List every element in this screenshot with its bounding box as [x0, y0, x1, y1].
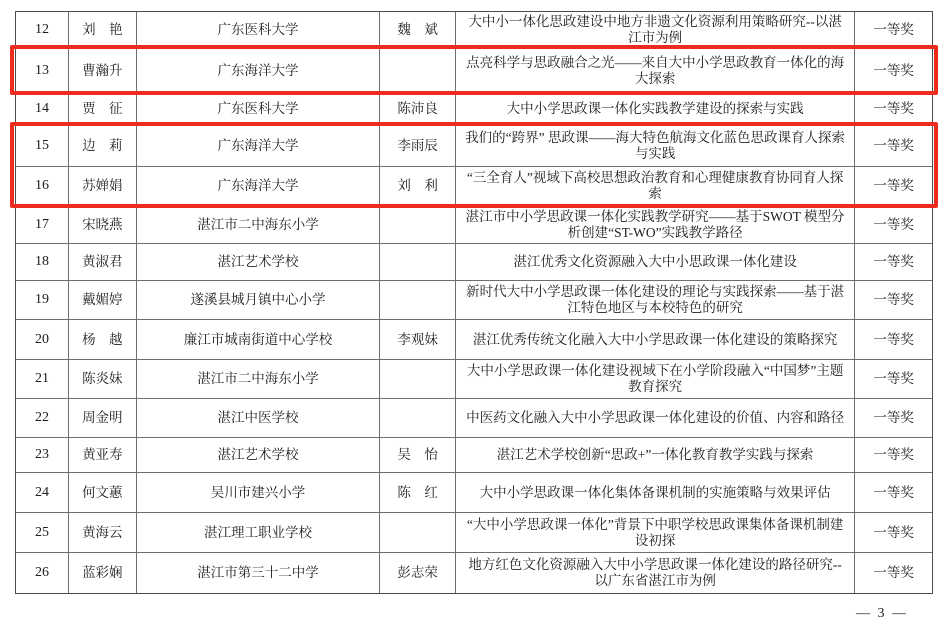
coauthor-cell: 彭志荣 [380, 553, 456, 593]
institution-cell: 吴川市建兴小学 [137, 473, 380, 512]
row-number-cell: 12 [16, 12, 69, 48]
project-title-cell: “三全育人”视域下高校思想政治教育和心理健康教育协同育人探索 [456, 167, 855, 205]
award-level-cell: 一等奖 [855, 206, 932, 243]
author-name-cell: 黄海云 [69, 513, 137, 552]
coauthor-cell [380, 513, 456, 552]
award-level-cell: 一等奖 [855, 320, 932, 359]
award-level-cell: 一等奖 [855, 93, 932, 125]
institution-cell: 湛江市二中海东小学 [137, 206, 380, 243]
table-row: 20 杨 越 廉江市城南街道中心学校 李观妹 湛江优秀传统文化融入大中小学思政课… [16, 320, 932, 360]
row-number-cell: 21 [16, 360, 69, 398]
table-row: 21 陈炎妹 湛江市二中海东小学 大中小学思政课一体化建设视域下在小学阶段融入“… [16, 360, 932, 399]
row-number-cell: 18 [16, 244, 69, 280]
project-title-cell: 湛江艺术学校创新“思政+”一体化教育教学实践与探索 [456, 438, 855, 472]
coauthor-cell [380, 399, 456, 437]
institution-cell: 湛江理工职业学校 [137, 513, 380, 552]
author-name-cell: 宋晓燕 [69, 206, 137, 243]
author-name-cell: 苏婵娟 [69, 167, 137, 205]
institution-cell: 廉江市城南街道中心学校 [137, 320, 380, 359]
coauthor-cell: 陈 红 [380, 473, 456, 512]
project-title-cell: 湛江优秀传统文化融入大中小学思政课一体化建设的策略探究 [456, 320, 855, 359]
project-title-cell: 大中小学思政课一体化集体备课机制的实施策略与效果评估 [456, 473, 855, 512]
table-row: 16 苏婵娟 广东海洋大学 刘 利 “三全育人”视域下高校思想政治教育和心理健康… [16, 167, 932, 206]
author-name-cell: 周金明 [69, 399, 137, 437]
project-title-cell: “大中小学思政课一体化”背景下中职学校思政课集体备课机制建设初探 [456, 513, 855, 552]
coauthor-cell: 李雨辰 [380, 126, 456, 166]
table-row: 17 宋晓燕 湛江市二中海东小学 湛江市中小学思政课一体化实践教学研究——基于S… [16, 206, 932, 244]
coauthor-cell: 魏 斌 [380, 12, 456, 48]
table-row: 14 贾 征 广东医科大学 陈沛良 大中小学思政课一体化实践教学建设的探索与实践… [16, 93, 932, 126]
institution-cell: 广东海洋大学 [137, 126, 380, 166]
institution-cell: 广东医科大学 [137, 93, 380, 125]
award-level-cell: 一等奖 [855, 360, 932, 398]
author-name-cell: 何文蕙 [69, 473, 137, 512]
institution-cell: 广东海洋大学 [137, 49, 380, 92]
award-level-cell: 一等奖 [855, 513, 932, 552]
award-level-cell: 一等奖 [855, 553, 932, 593]
coauthor-cell [380, 360, 456, 398]
coauthor-cell [380, 281, 456, 319]
author-name-cell: 贾 征 [69, 93, 137, 125]
row-number-cell: 13 [16, 49, 69, 92]
row-number-cell: 24 [16, 473, 69, 512]
table-row: 18 黄淑君 湛江艺术学校 湛江优秀文化资源融入大中小思政课一体化建设 一等奖 [16, 244, 932, 281]
award-level-cell: 一等奖 [855, 438, 932, 472]
author-name-cell: 蓝彩娴 [69, 553, 137, 593]
table-row: 26 蓝彩娴 湛江市第三十二中学 彭志荣 地方红色文化资源融入大中小学思政课一体… [16, 553, 932, 593]
award-level-cell: 一等奖 [855, 126, 932, 166]
project-title-cell: 新时代大中小学思政课一体化建设的理论与实践探索——基于湛江特色地区与本校特色的研… [456, 281, 855, 319]
institution-cell: 湛江中医学校 [137, 399, 380, 437]
table-row: 25 黄海云 湛江理工职业学校 “大中小学思政课一体化”背景下中职学校思政课集体… [16, 513, 932, 553]
project-title-cell: 地方红色文化资源融入大中小学思政课一体化建设的路径研究--以广东省湛江市为例 [456, 553, 855, 593]
award-level-cell: 一等奖 [855, 473, 932, 512]
award-level-cell: 一等奖 [855, 281, 932, 319]
row-number-cell: 15 [16, 126, 69, 166]
row-number-cell: 16 [16, 167, 69, 205]
row-number-cell: 17 [16, 206, 69, 243]
project-title-cell: 大中小一体化思政建设中地方非遗文化资源利用策略研究--以湛江市为例 [456, 12, 855, 48]
institution-cell: 湛江艺术学校 [137, 244, 380, 280]
table-row: 12 刘 艳 广东医科大学 魏 斌 大中小一体化思政建设中地方非遗文化资源利用策… [16, 12, 932, 49]
author-name-cell: 黄亚寿 [69, 438, 137, 472]
project-title-cell: 大中小学思政课一体化建设视域下在小学阶段融入“中国梦”主题教育探究 [456, 360, 855, 398]
author-name-cell: 戴媚婷 [69, 281, 137, 319]
row-number-cell: 14 [16, 93, 69, 125]
institution-cell: 广东医科大学 [137, 12, 380, 48]
project-title-cell: 大中小学思政课一体化实践教学建设的探索与实践 [456, 93, 855, 125]
coauthor-cell [380, 244, 456, 280]
project-title-cell: 我们的“跨界” 思政课——海大特色航海文化蓝色思政课育人探索与实践 [456, 126, 855, 166]
table-row: 13 曹瀚升 广东海洋大学 点亮科学与思政融合之光——来自大中小学思政教育一体化… [16, 49, 932, 93]
table-row: 15 边 莉 广东海洋大学 李雨辰 我们的“跨界” 思政课——海大特色航海文化蓝… [16, 126, 932, 167]
award-level-cell: 一等奖 [855, 12, 932, 48]
award-level-cell: 一等奖 [855, 244, 932, 280]
author-name-cell: 边 莉 [69, 126, 137, 166]
author-name-cell: 杨 越 [69, 320, 137, 359]
table-row: 22 周金明 湛江中医学校 中医药文化融入大中小学思政课一体化建设的价值、内容和… [16, 399, 932, 438]
row-number-cell: 19 [16, 281, 69, 319]
coauthor-cell: 吴 怡 [380, 438, 456, 472]
project-title-cell: 湛江市中小学思政课一体化实践教学研究——基于SWOT 模型分析创建“ST-WO”… [456, 206, 855, 243]
institution-cell: 广东海洋大学 [137, 167, 380, 205]
award-level-cell: 一等奖 [855, 399, 932, 437]
author-name-cell: 陈炎妹 [69, 360, 137, 398]
institution-cell: 遂溪县城月镇中心小学 [137, 281, 380, 319]
institution-cell: 湛江艺术学校 [137, 438, 380, 472]
table-row: 19 戴媚婷 遂溪县城月镇中心小学 新时代大中小学思政课一体化建设的理论与实践探… [16, 281, 932, 320]
coauthor-cell: 陈沛良 [380, 93, 456, 125]
author-name-cell: 黄淑君 [69, 244, 137, 280]
award-level-cell: 一等奖 [855, 49, 932, 92]
coauthor-cell [380, 206, 456, 243]
project-title-cell: 中医药文化融入大中小学思政课一体化建设的价值、内容和路径 [456, 399, 855, 437]
table-row: 24 何文蕙 吴川市建兴小学 陈 红 大中小学思政课一体化集体备课机制的实施策略… [16, 473, 932, 513]
award-level-cell: 一等奖 [855, 167, 932, 205]
table-row: 23 黄亚寿 湛江艺术学校 吴 怡 湛江艺术学校创新“思政+”一体化教育教学实践… [16, 438, 932, 473]
row-number-cell: 22 [16, 399, 69, 437]
row-number-cell: 23 [16, 438, 69, 472]
author-name-cell: 曹瀚升 [69, 49, 137, 92]
award-table: 12 刘 艳 广东医科大学 魏 斌 大中小一体化思政建设中地方非遗文化资源利用策… [15, 11, 933, 594]
coauthor-cell: 李观妹 [380, 320, 456, 359]
row-number-cell: 25 [16, 513, 69, 552]
coauthor-cell: 刘 利 [380, 167, 456, 205]
project-title-cell: 湛江优秀文化资源融入大中小思政课一体化建设 [456, 244, 855, 280]
page-number: — 3 — [856, 606, 908, 622]
coauthor-cell [380, 49, 456, 92]
project-title-cell: 点亮科学与思政融合之光——来自大中小学思政教育一体化的海大探索 [456, 49, 855, 92]
institution-cell: 湛江市第三十二中学 [137, 553, 380, 593]
row-number-cell: 20 [16, 320, 69, 359]
row-number-cell: 26 [16, 553, 69, 593]
author-name-cell: 刘 艳 [69, 12, 137, 48]
institution-cell: 湛江市二中海东小学 [137, 360, 380, 398]
